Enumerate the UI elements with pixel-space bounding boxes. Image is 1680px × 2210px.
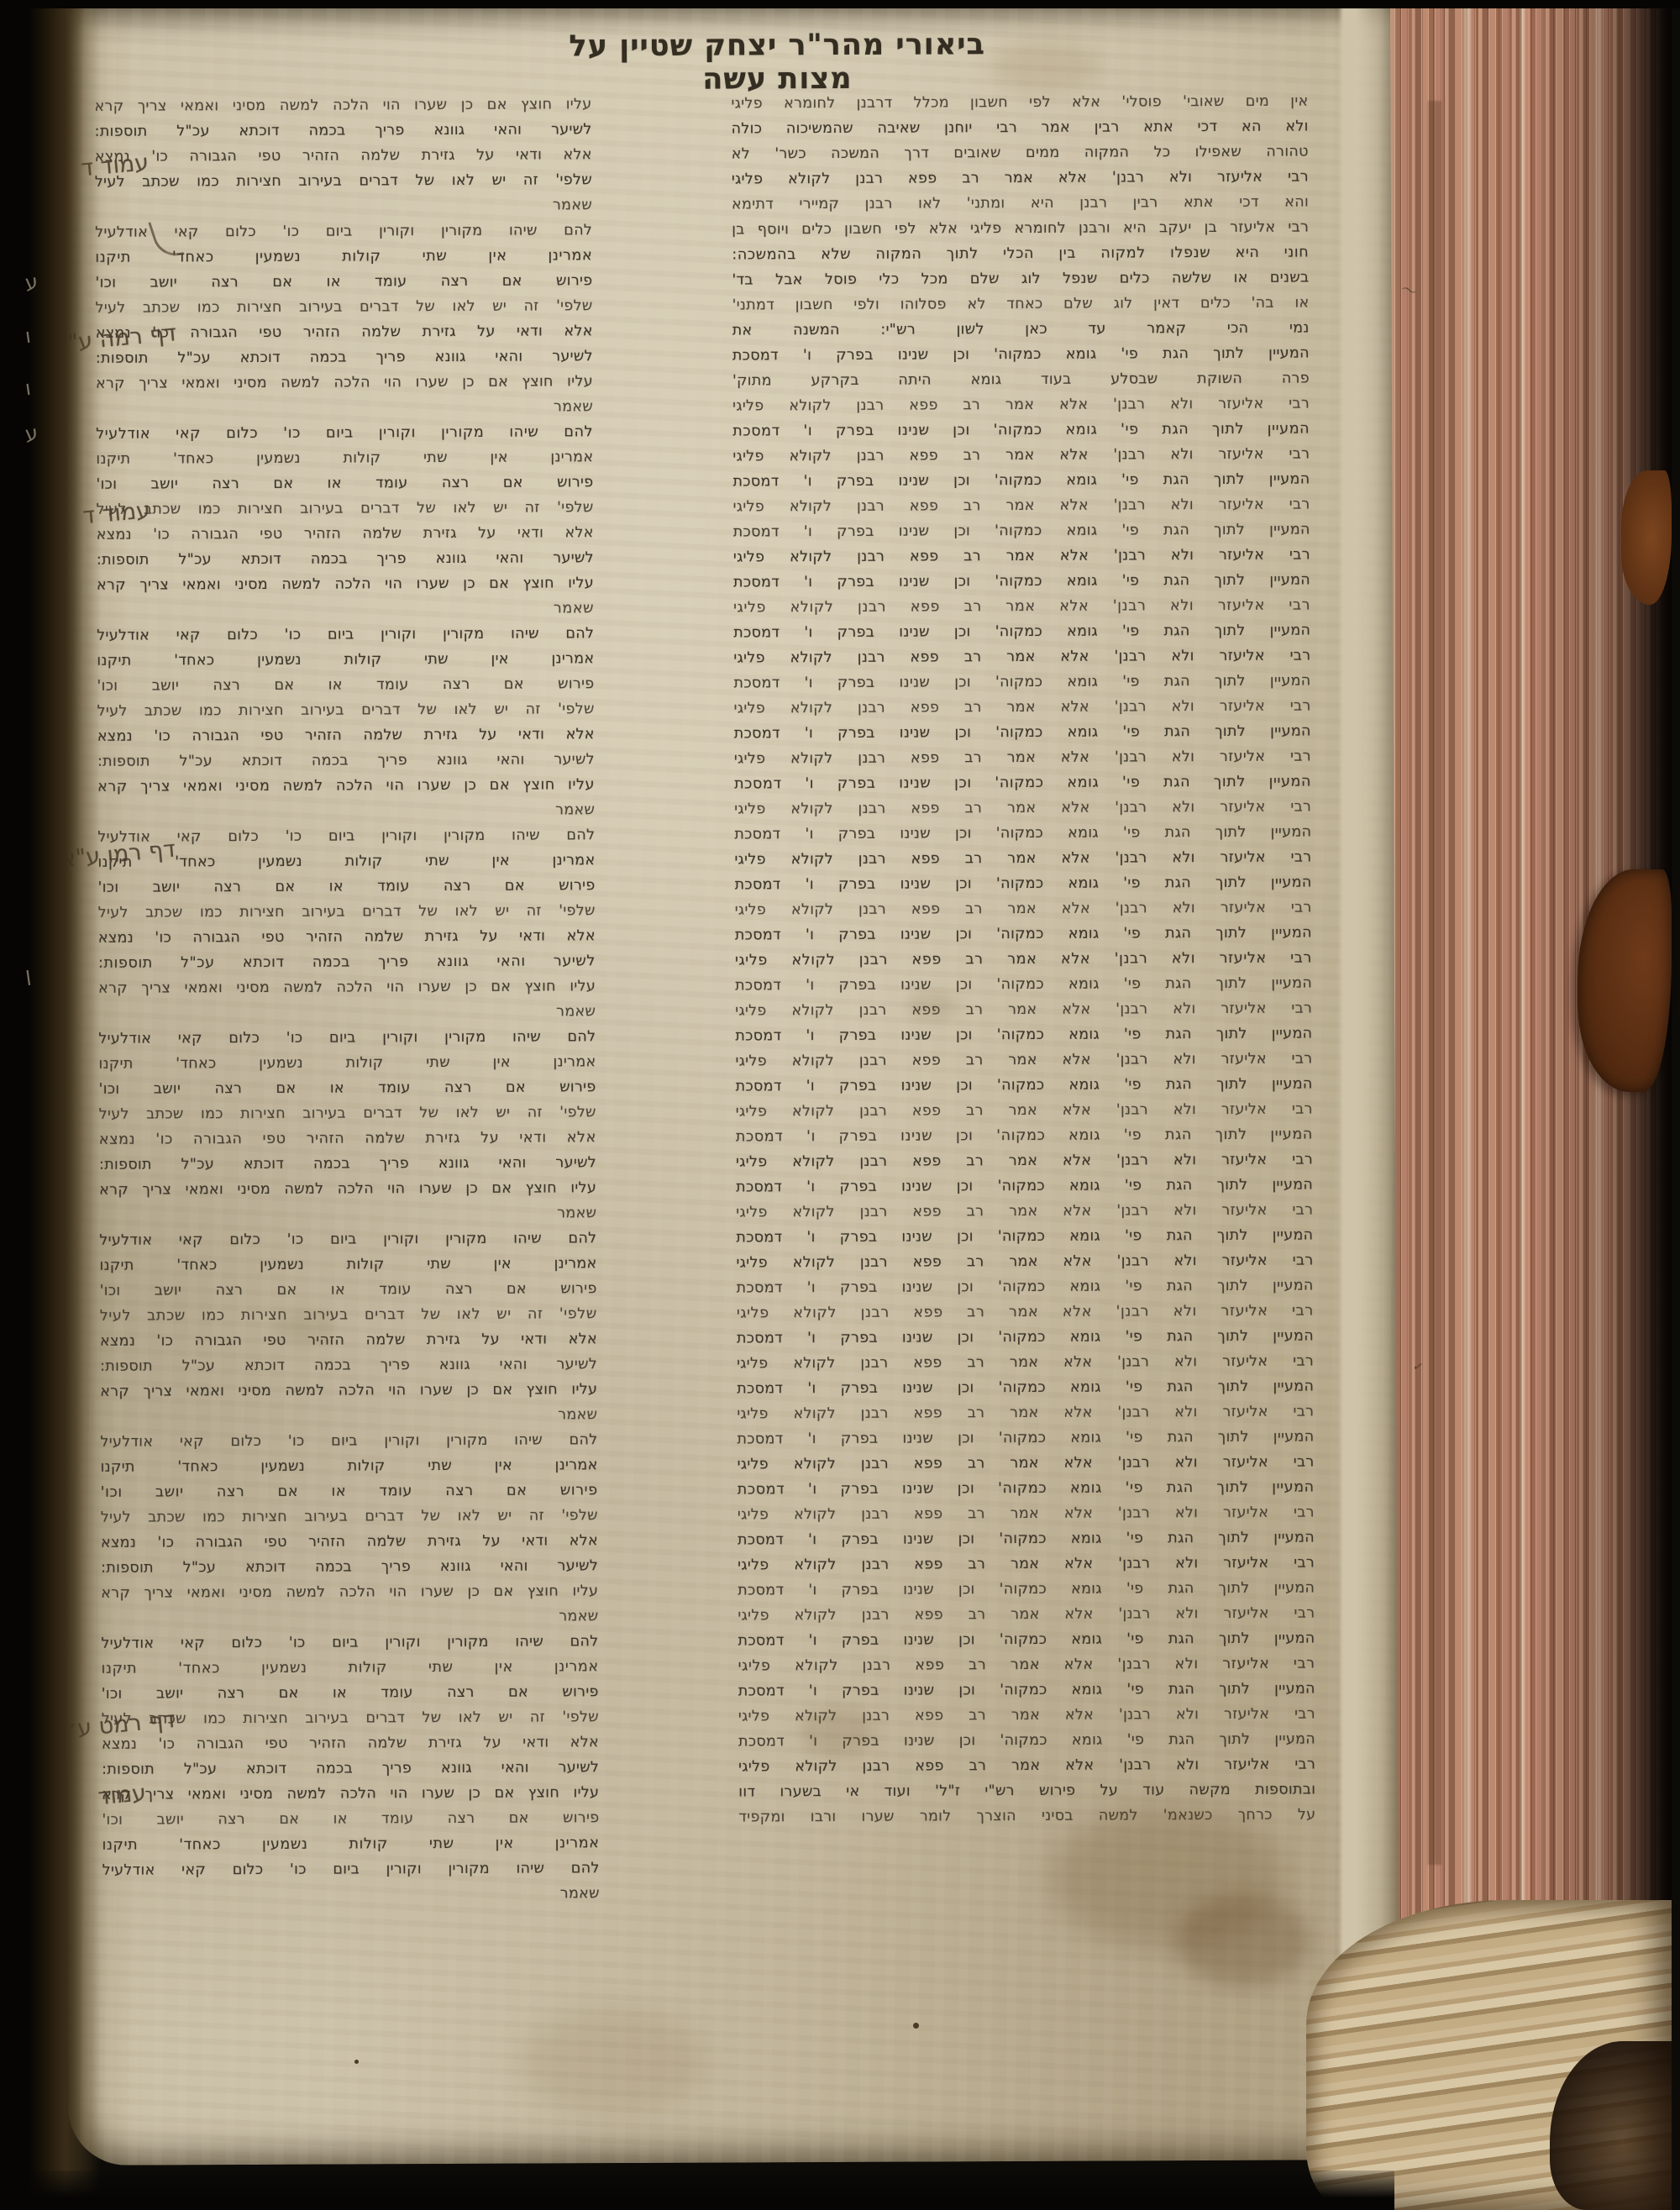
- text-line: להם שיהו מקורין וקורין ביום כו' כלום קאי…: [98, 1024, 596, 1052]
- text-line: להם שיהו מקורין וקורין ביום כו' כלום קאי…: [97, 621, 594, 648]
- text-line: עליו חוצץ אם כן שערו הוי הלכה למשה מסיני…: [101, 1578, 598, 1606]
- text-line: המעיין לתוך הגת פי' גומא כמקוה' וכן שנינ…: [738, 1676, 1315, 1703]
- text-line: המעיין לתוך הגת פי' גומא כמקוה' וכן שנינ…: [738, 1575, 1315, 1603]
- ink-speck: [354, 2060, 359, 2064]
- text-line: המעיין לתוך הגת פי' גומא כמקוה' וכן שנינ…: [737, 1424, 1314, 1451]
- text-line: פירוש אם רצה עומד או אם רצה יושב וכו': [102, 1679, 599, 1707]
- text-line: המעיין לתוך הגת פי' גומא כמקוה' וכן שנינ…: [733, 568, 1310, 596]
- text-line: המעיין לתוך הגת פי' גומא כמקוה' וכן שנינ…: [737, 1323, 1314, 1351]
- text-line: המעיין לתוך הגת פי' גומא כמקוה' וכן שנינ…: [737, 1373, 1314, 1401]
- text-line: המעיין לתוך הגת פי' גומא כמקוה' וכן שנינ…: [736, 1172, 1313, 1199]
- text-line: או בה' כלים דאין לוג שלם כאחד לא פסלוהו …: [732, 291, 1309, 318]
- text-line: אמרינן אין שתי קולות נשמעין כאחד' תיקנו: [97, 646, 594, 674]
- text-line: אלא ודאי על גזירת שלמה הזהיר טפי הגבורה …: [100, 1326, 597, 1354]
- text-line: רבי אליעזר ולא רבנן' אלא אמר רב פפא רבנן…: [738, 1550, 1315, 1577]
- text-line: רבי אליעזר ולא רבנן' אלא אמר רב פפא רבנן…: [733, 643, 1310, 671]
- text-line: לשיער והאי גוונא פריך בכמה דוכתא עכ"ל תו…: [100, 1352, 597, 1379]
- text-line: אמרינן אין שתי קולות נשמעין כאחד' תיקנו: [102, 1830, 599, 1858]
- text-line: המעיין לתוך הגת פי' גומא כמקוה' וכן שנינ…: [735, 921, 1312, 948]
- text-line: רבי אליעזר ולא רבנן' אלא אמר רב פפא רבנן…: [738, 1600, 1315, 1628]
- text-line: פירוש אם רצה עומד או אם רצה יושב וכו': [101, 1478, 598, 1505]
- text-line: רבי אליעזר ולא רבנן' אלא אמר רב פפא רבנן…: [735, 946, 1312, 974]
- text-line: שלפי' זה יש לאו של דברים בעירוב חצירות כ…: [97, 696, 595, 724]
- text-line: אין מים שאובי' פוסלי' אלא לפי חשבון מכלל…: [731, 89, 1308, 117]
- text-line: לשיער והאי גוונא פריך בכמה דוכתא עכ"ל תו…: [95, 117, 592, 144]
- text-line: בשנים או שלשה כלים שנפל לוג שלם מכל כלי …: [732, 265, 1309, 293]
- text-line: אלא ודאי על גזירת שלמה הזהיר טפי הגבורה …: [101, 1528, 598, 1556]
- text-line: רבי אליעזר ולא רבנן' אלא אמר רב פפא רבנן…: [736, 1247, 1313, 1275]
- text-line: שלפי' זה יש לאו של דברים בעירוב חצירות כ…: [99, 1100, 596, 1127]
- text-line: פירוש אם רצה עומד או אם רצה יושב וכו': [96, 470, 593, 497]
- text-line: עליו חוצץ אם כן שערו הוי הלכה למשה מסיני…: [94, 92, 591, 119]
- text-line: רבי אליעזר ולא רבנן' אלא אמר רב פפא רבנן…: [737, 1298, 1314, 1325]
- text-line: אמרינן אין שתי קולות נשמעין כאחד' תיקנו: [98, 1049, 596, 1077]
- text-line: פירוש אם רצה עומד או אם רצה יושב וכו': [97, 671, 594, 699]
- text-line: טהורה שאפילו כל המקוה ממים שאובים דרך המ…: [732, 139, 1309, 167]
- text-line: רבי אליעזר ולא רבנן' אלא אמר רב פפא רבנן…: [736, 1147, 1313, 1174]
- text-line: עליו חוצץ אם כן שערו הוי הלכה למשה מסיני…: [99, 1175, 596, 1203]
- text-line: פירוש אם רצה עומד או אם רצה יושב וכו': [102, 1805, 599, 1833]
- text-line: רבי אליעזר ולא רבנן' אלא אמר רב פפא רבנן…: [732, 165, 1309, 192]
- text-line: רבי אליעזר ולא רבנן' אלא אמר רב פפא רבנן…: [738, 1499, 1315, 1527]
- text-line: המעיין לתוך הגת פי' גומא כמקוה' וכן שנינ…: [737, 1273, 1314, 1300]
- fore-edge-streak: [1520, 0, 1525, 2100]
- text-line: להם שיהו מקורין וקורין ביום כו' כלום קאי…: [101, 1629, 598, 1656]
- text-line: שאמר: [101, 1604, 598, 1631]
- fore-edge-streak: [1463, 0, 1471, 2016]
- text-line: רבי אליעזר ולא רבנן' אלא אמר רב פפא רבנן…: [735, 996, 1312, 1024]
- text-line: על כרחך כשנאמ' למשה בסיני הוצרך לומר שער…: [738, 1802, 1315, 1829]
- text-line: המעיין לתוך הגת פי' גומא כמקוה' וכן שנינ…: [735, 971, 1312, 999]
- text-line: המעיין לתוך הגת פי' גומא כמקוה' וכן שנינ…: [735, 870, 1312, 898]
- text-line: להם שיהו מקורין וקורין ביום כו' כלום קאי…: [100, 1427, 597, 1455]
- text-line: לשיער והאי גוונא פריך בכמה דוכתא עכ"ל תו…: [96, 344, 593, 371]
- fore-edge-streak: [1428, 101, 1441, 1865]
- text-line: רבי אליעזר ולא רבנן' אלא אמר רב פפא רבנן…: [732, 391, 1310, 419]
- text-line: המעיין לתוך הגת פי' גומא כמקוה' וכן שנינ…: [735, 1021, 1312, 1049]
- text-line: רבי אליעזר ולא רבנן' אלא אמר רב פפא רבנן…: [734, 845, 1311, 873]
- text-line: פירוש אם רצה עומד או אם רצה יושב וכו': [98, 873, 596, 900]
- text-line: רבי אליעזר ולא רבנן' אלא אמר רב פפא רבנן…: [738, 1751, 1315, 1779]
- text-line: המעיין לתוך הגת פי' גומא כמקוה' וכן שנינ…: [732, 417, 1310, 444]
- text-line: רבי אליעזר ולא רבנן' אלא אמר רב פפא רבנן…: [736, 1197, 1313, 1225]
- text-line: לשיער והאי גוונא פריך בכמה דוכתא עכ"ל תו…: [97, 747, 595, 774]
- text-line: והא דכי אתא רבין רבנן היא ומתני' לאו רבנ…: [732, 190, 1309, 218]
- text-line: רבי אליעזר ולא רבנן' אלא אמר רב פפא רבנן…: [736, 1096, 1313, 1124]
- text-line: רבי אליעזר ולא רבנן' אלא אמר רב פפא רבנן…: [735, 1046, 1312, 1074]
- text-line: המעיין לתוך הגת פי' גומא כמקוה' וכן שנינ…: [734, 719, 1311, 747]
- book-page: ביאורי מהר"ר יצחק שטיין על מצות עשה אין …: [59, 1, 1399, 2165]
- text-line: המעיין לתוך הגת פי' גומא כמקוה' וכן שנינ…: [733, 517, 1310, 545]
- text-line: שאמר: [96, 394, 593, 422]
- text-line: לשיער והאי גוונא פריך בכמה דוכתא עכ"ל תו…: [97, 545, 594, 573]
- text-line: רבי אליעזר ולא רבנן' אלא אמר רב פפא רבנן…: [735, 895, 1312, 923]
- text-line: רבי אליעזר ולא רבנן' אלא אמר רב פפא רבנן…: [732, 442, 1310, 470]
- text-column-right: אין מים שאובי' פוסלי' אלא לפי חשבון מכלל…: [731, 89, 1315, 1830]
- text-line: שאמר: [98, 999, 596, 1026]
- text-line: אמרינן אין שתי קולות נשמעין כאחד' תיקנו: [99, 1251, 596, 1278]
- text-line: אמרינן אין שתי קולות נשמעין כאחד' תיקנו: [96, 444, 593, 472]
- text-line: לשיער והאי גוונא פריך בכמה דוכתא עכ"ל תו…: [101, 1553, 598, 1581]
- ink-speck: [913, 2023, 919, 2029]
- text-line: רבי אליעזר ולא רבנן' אלא אמר רב פפא רבנן…: [734, 795, 1311, 822]
- text-line: רבי אליעזר ולא רבנן' אלא אמר רב פפא רבנן…: [734, 694, 1311, 722]
- text-line: המעיין לתוך הגת פי' גומא כמקוה' וכן שנינ…: [734, 769, 1311, 797]
- text-line: להם שיהו מקורין וקורין ביום כו' כלום קאי…: [99, 1226, 596, 1253]
- text-line: שלפי' זה יש לאו של דברים בעירוב חצירות כ…: [96, 293, 593, 321]
- text-line: לשיער והאי גוונא פריך בכמה דוכתא עכ"ל תו…: [99, 1150, 596, 1178]
- text-line: להם שיהו מקורין וקורין ביום כו' כלום קאי…: [102, 1856, 600, 1883]
- text-line: שאמר: [97, 797, 595, 825]
- text-line: עליו חוצץ אם כן שערו הוי הלכה למשה מסיני…: [97, 570, 594, 598]
- text-line: רבי אליעזר ולא רבנן' אלא אמר רב פפא רבנן…: [737, 1399, 1314, 1426]
- text-line: פירוש אם רצה עומד או אם רצה יושב וכו': [95, 268, 592, 296]
- text-line: המעיין לתוך הגת פי' גומא כמקוה' וכן שנינ…: [738, 1525, 1315, 1552]
- text-line: שאמר: [99, 1200, 596, 1228]
- text-line: שלפי' זה יש לאו של דברים בעירוב חצירות כ…: [98, 898, 596, 926]
- text-line: רבי אליעזר ולא רבנן' אלא אמר רב פפא רבנן…: [738, 1651, 1315, 1678]
- text-line: אמרינן אין שתי קולות נשמעין כאחד' תיקנו: [101, 1452, 598, 1480]
- text-line: לשיער והאי גוונא פריך בכמה דוכתא עכ"ל תו…: [98, 948, 596, 976]
- book-fore-edge: [1368, 0, 1672, 2210]
- text-line: עליו חוצץ אם כן שערו הוי הלכה למשה מסיני…: [100, 1377, 597, 1404]
- text-line: פירוש אם רצה עומד או אם רצה יושב וכו': [100, 1276, 597, 1304]
- text-line: המעיין לתוך הגת פי' גומא כמקוה' וכן שנינ…: [738, 1474, 1315, 1502]
- text-line: אלא ודאי על גזירת שלמה הזהיר טפי הגבורה …: [102, 1730, 599, 1757]
- text-line: פירוש אם רצה עומד או אם רצה יושב וכו': [99, 1074, 596, 1102]
- text-line: רבי אליעזר ולא רבנן' אלא אמר רב פפא רבנן…: [738, 1449, 1315, 1477]
- photo-of-open-book: { "document": { "header_title": "ביאורי …: [0, 0, 1680, 2210]
- text-line: פרה השוקת שבסלע בעוד גומא היתה בקרקע מתו…: [732, 366, 1310, 394]
- photo-bottom-edge: [0, 2171, 1394, 2210]
- page-curl-highlight: [1341, 0, 1401, 2210]
- text-line: עליו חוצץ אם כן שערו הוי הלכה למשה מסיני…: [98, 974, 596, 1001]
- text-line: רבי אליעזר ולא רבנן' אלא אמר רב פפא רבנן…: [733, 492, 1310, 520]
- fore-edge-streak: [1596, 0, 1602, 2210]
- text-line: המעיין לתוך הגת פי' גומא כמקוה' וכן שנינ…: [736, 1222, 1313, 1250]
- text-line: ולא הא דכי אתא רבין אמר רבי יוחנן שאיבה …: [732, 114, 1309, 142]
- text-line: עליו חוצץ אם כן שערו הוי הלכה למשה מסיני…: [97, 772, 595, 800]
- text-line: המעיין לתוך הגת פי' גומא כמקוה' וכן שנינ…: [738, 1625, 1315, 1653]
- text-line: עליו חוצץ אם כן שערו הוי הלכה למשה מסיני…: [96, 369, 593, 396]
- text-line: שלפי' זה יש לאו של דברים בעירוב חצירות כ…: [100, 1301, 597, 1329]
- text-line: אמרינן אין שתי קולות נשמעין כאחד' תיקנו: [102, 1654, 599, 1682]
- page-header-title: ביאורי מהר"ר יצחק שטיין על מצות עשה: [563, 28, 991, 75]
- text-line: שאמר: [97, 596, 594, 623]
- text-column-left: עליו חוצץ אם כן שערו הוי הלכה למשה מסיני…: [94, 92, 599, 1908]
- text-line: ובתוספות מקשה עוד על פירוש רש"י ז"ל' ועו…: [738, 1777, 1315, 1804]
- text-line: אלא ודאי על גזירת שלמה הזהיר טפי הגבורה …: [98, 923, 596, 951]
- text-line: המעיין לתוך הגת פי' גומא כמקוה' וכן שנינ…: [736, 1071, 1313, 1099]
- text-line: שאמר: [102, 1881, 600, 1908]
- text-line: רבי אליעזר ולא רבנן' אלא אמר רב פפא רבנן…: [737, 1348, 1314, 1376]
- text-line: המעיין לתוך הגת פי' גומא כמקוה' וכן שנינ…: [732, 467, 1310, 495]
- text-line: המעיין לתוך הגת פי' גומא כמקוה' וכן שנינ…: [733, 618, 1310, 646]
- photo-top-edge: [0, 0, 1680, 8]
- text-line: רבי אליעזר ולא רבנן' אלא אמר רב פפא רבנן…: [734, 744, 1311, 772]
- text-line: שלפי' זה יש לאו של דברים בעירוב חצירות כ…: [101, 1503, 598, 1530]
- binding-gutter-shadow: [0, 0, 101, 2210]
- text-line: המעיין לתוך הגת פי' גומא כמקוה' וכן שנינ…: [732, 341, 1310, 369]
- text-line: המעיין לתוך הגת פי' גומא כמקוה' וכן שנינ…: [738, 1726, 1315, 1754]
- text-line: נמי הכי קאמר עד כאן לשון רש"י: המשנה את: [732, 316, 1310, 344]
- text-line: רבי אליעזר ולא רבנן' אלא אמר רב פפא רבנן…: [733, 543, 1310, 570]
- text-line: אלא ודאי על גזירת שלמה הזהיר טפי הגבורה …: [97, 520, 594, 548]
- text-line: המעיין לתוך הגת פי' גומא כמקוה' וכן שנינ…: [733, 669, 1310, 696]
- fore-edge-damage-spot: [1621, 470, 1672, 605]
- text-line: להם שיהו מקורין וקורין ביום כו' כלום קאי…: [96, 419, 593, 447]
- text-line: רבי אליעזר ולא רבנן' אלא אמר רב פפא רבנן…: [733, 593, 1310, 621]
- text-line: אלא ודאי על גזירת שלמה הזהיר טפי הגבורה …: [97, 722, 595, 749]
- text-line: רבי אליעזר ולא רבנן' אלא אמר רב פפא רבנן…: [738, 1701, 1315, 1729]
- text-line: המעיין לתוך הגת פי' גומא כמקוה' וכן שנינ…: [736, 1121, 1313, 1149]
- text-line: רבי אליעזר בן יעקב היא ורבנן לחומרא פליג…: [732, 215, 1309, 243]
- text-line: שאמר: [100, 1402, 597, 1430]
- text-line: המעיין לתוך הגת פי' גומא כמקוה' וכן שנינ…: [734, 820, 1311, 848]
- text-line: חוני היא שנפלו למקוה בין הכלי לתוך המקוה…: [732, 240, 1309, 268]
- text-line: אלא ודאי על גזירת שלמה הזהיר טפי הגבורה …: [99, 1125, 596, 1152]
